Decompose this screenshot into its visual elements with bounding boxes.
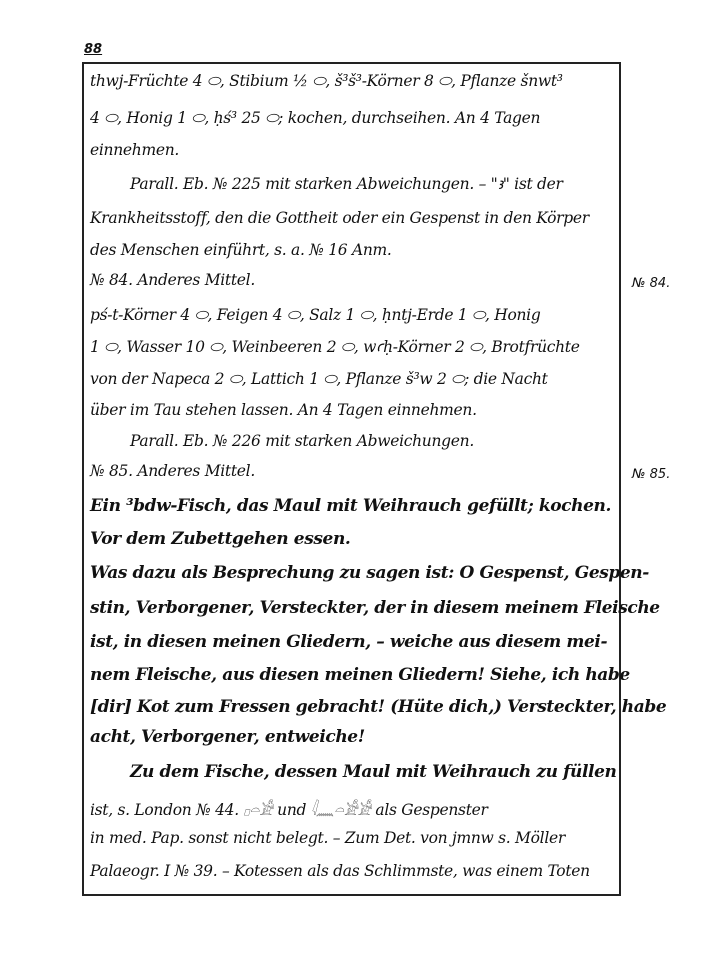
text-line: Vor dem Zubettgehen essen. bbox=[90, 529, 350, 549]
text-line: stin, Verborgener, Versteckter, der in d… bbox=[90, 598, 660, 618]
margin-label-85: № 85. bbox=[632, 467, 670, 482]
section-heading-85: № 85. Anderes Mittel. bbox=[90, 462, 255, 480]
page-number: 88 bbox=[84, 42, 102, 57]
text-line: ist, in diesen meinen Gliedern, – weiche… bbox=[90, 632, 607, 652]
text-line: pś-t-Körner 4 ⬭, Feigen 4 ⬭, Salz 1 ⬭, ḥ… bbox=[90, 306, 540, 325]
text-line: [dir] Kot zum Fressen gebracht! (Hüte di… bbox=[90, 697, 666, 717]
text-line: 4 ⬭, Honig 1 ⬭, ḥś³ 25 ⬭; kochen, durchs… bbox=[90, 109, 540, 128]
text-line: thwj-Früchte 4 ⬭, Stibium ½ ⬭, š³š³-Körn… bbox=[90, 72, 563, 91]
text-line: des Menschen einführt, s. a. № 16 Anm. bbox=[90, 241, 392, 259]
text-line: Parall. Eb. № 225 mit starken Abweichung… bbox=[130, 175, 563, 193]
text-line: Was dazu als Besprechung zu sagen ist: O… bbox=[90, 563, 649, 583]
text-line: acht, Verborgener, entweiche! bbox=[90, 727, 365, 747]
text-line: von der Napeca 2 ⬭, Lattich 1 ⬭, Pflanze… bbox=[90, 370, 548, 389]
section-heading-84: № 84. Anderes Mittel. bbox=[90, 271, 255, 289]
text-line: Krankheitsstoff, den die Gottheit oder e… bbox=[90, 209, 589, 227]
margin-label-84: № 84. bbox=[632, 276, 670, 291]
text-line: über im Tau stehen lassen. An 4 Tagen ei… bbox=[90, 401, 477, 419]
text-line: einnehmen. bbox=[90, 141, 179, 159]
text-line-with-hieroglyphs: ist, s. London № 44. 𓊪𓏏𓀀 und 𓇋𓈖𓏏𓀀𓀀 als G… bbox=[90, 795, 488, 821]
text-line: in med. Pap. sonst nicht belegt. – Zum D… bbox=[90, 829, 565, 847]
text-line: Parall. Eb. № 226 mit starken Abweichung… bbox=[130, 432, 474, 450]
text-line: Zu dem Fische, dessen Maul mit Weihrauch… bbox=[130, 762, 616, 782]
text-line: 1 ⬭, Wasser 10 ⬭, Weinbeeren 2 ⬭, wꜥḥ-Kö… bbox=[90, 338, 580, 357]
text-line: Ein ³bdw-Fisch, das Maul mit Weihrauch g… bbox=[90, 496, 611, 516]
text-line: Palaeogr. I № 39. – Kotessen als das Sch… bbox=[90, 862, 590, 880]
text-line: nem Fleische, aus diesen meinen Gliedern… bbox=[90, 665, 630, 685]
